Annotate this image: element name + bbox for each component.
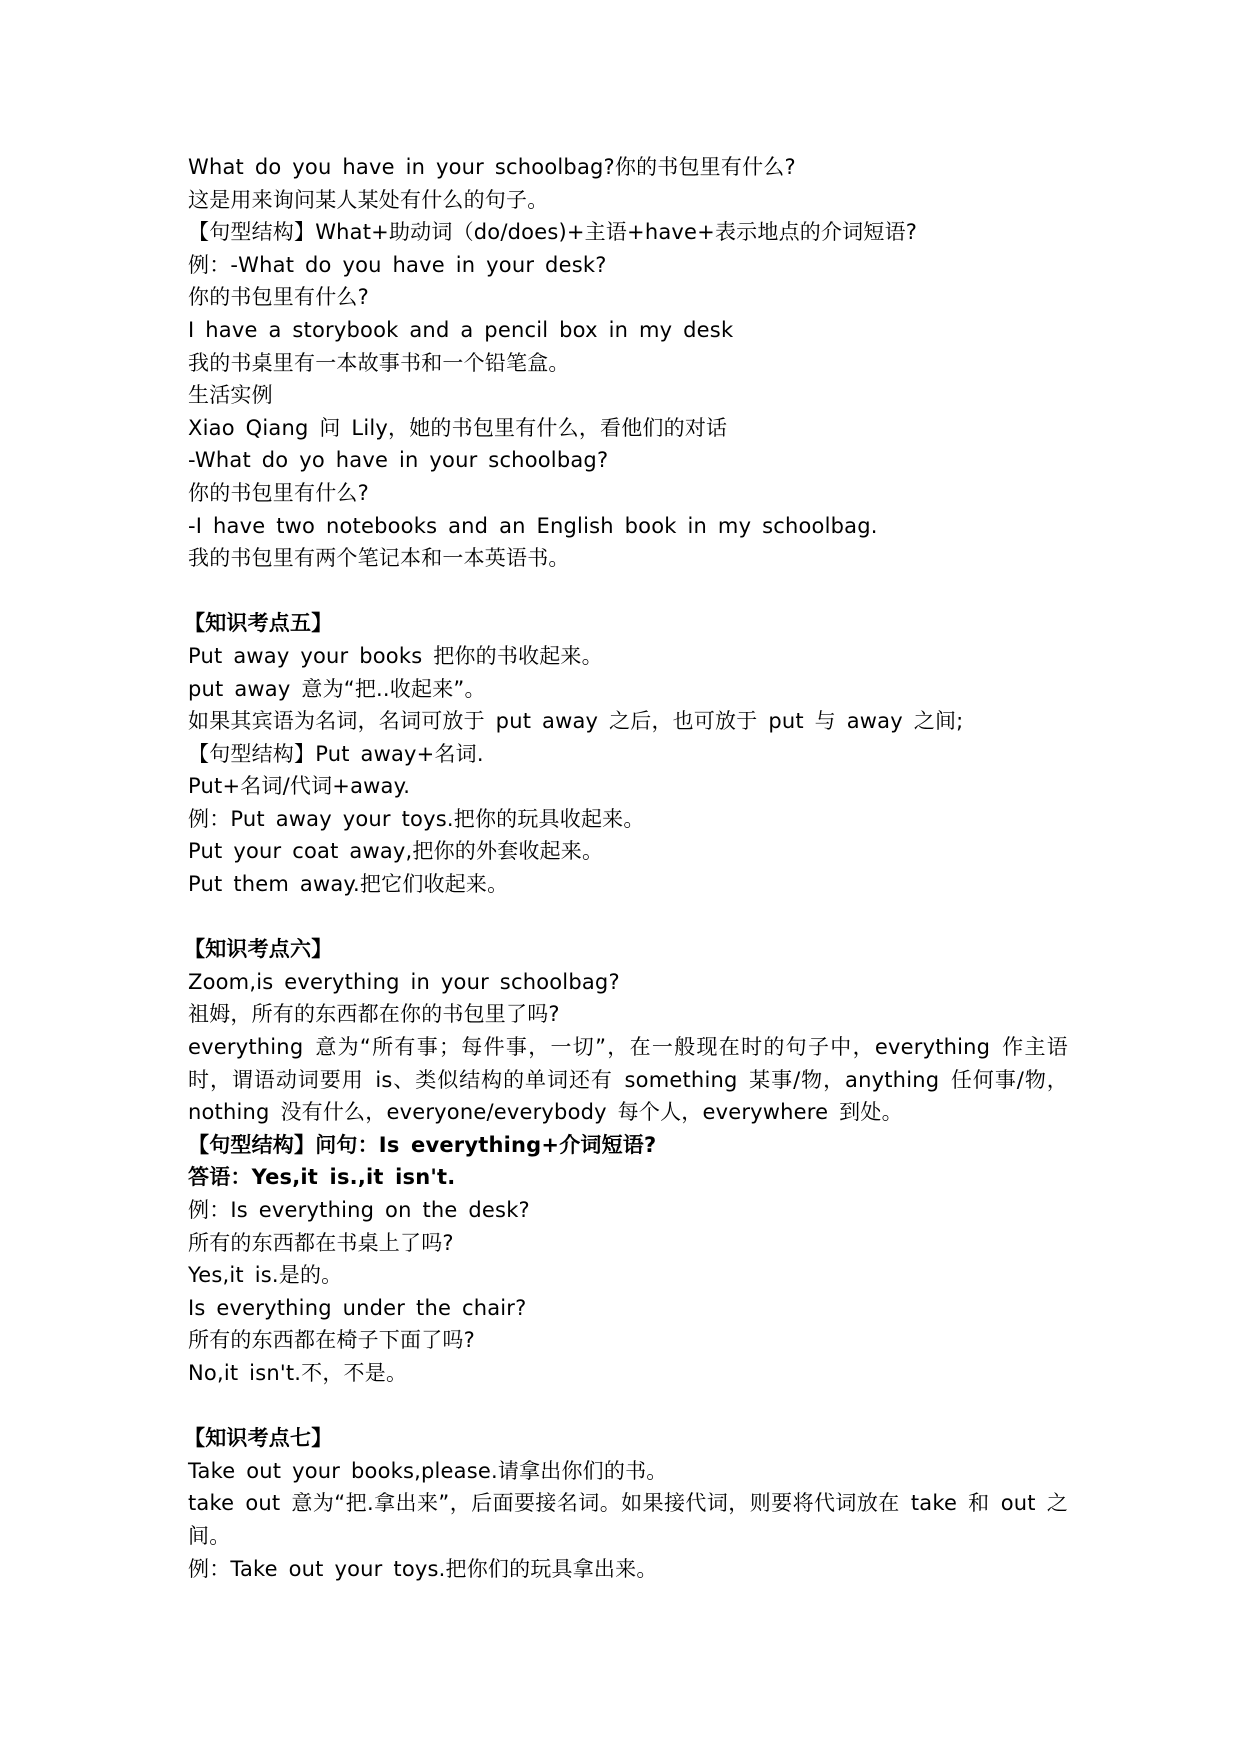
text-line: 你的书包里有什么? [188,477,1068,510]
text-line: Is everything under the chair? [188,1292,1068,1325]
text-line: 例：Is everything on the desk? [188,1194,1068,1227]
text-line: What do you have in your schoolbag?你的书包里… [188,151,1068,184]
text-line: 祖姆，所有的东西都在你的书包里了吗? [188,998,1068,1031]
text-line: 你的书包里有什么? [188,281,1068,314]
text-line: 【句型结构】What+助动词（do/does)+主语+have+表示地点的介词短… [188,216,1068,249]
text-line: -I have two notebooks and an English boo… [188,510,1068,543]
text-line: Yes,it is.是的。 [188,1259,1068,1292]
text-line: Put them away.把它们收起来。 [188,868,1068,901]
text-line: I have a storybook and a pencil box in m… [188,314,1068,347]
text-line: 例：Put away your toys.把你的玩具收起来。 [188,803,1068,836]
section-heading: 【知识考点七】 [184,1422,1068,1455]
blank-line [188,1390,1068,1423]
text-line: Put+名词/代词+away. [188,770,1068,803]
section-six: 【知识考点六】 Zoom,is everything in your schoo… [188,933,1068,1389]
document-page: What do you have in your schoolbag?你的书包里… [188,151,1068,1585]
section-four-continued: What do you have in your schoolbag?你的书包里… [188,151,1068,575]
text-line: 如果其宾语为名词，名词可放于 put away 之后，也可放于 put 与 aw… [188,705,1068,738]
explanation-paragraph: everything 意为“所有事；每件事，一切”，在一般现在时的句子中，eve… [188,1031,1068,1129]
text-line: 生活实例 [188,379,1068,412]
text-line: 我的书包里有两个笔记本和一本英语书。 [188,542,1068,575]
text-line: 例：-What do you have in your desk? [188,249,1068,282]
text-line: Put away your books 把你的书收起来。 [188,640,1068,673]
blank-line [188,575,1068,608]
section-five: 【知识考点五】 Put away your books 把你的书收起来。 put… [188,607,1068,900]
answer-line: 答语：Yes,it is.,it isn't. [188,1161,1068,1194]
text-line: Zoom,is everything in your schoolbag? [188,966,1068,999]
text-line: -What do yo have in your schoolbag? [188,444,1068,477]
text-line: 我的书桌里有一本故事书和一个铅笔盒。 [188,347,1068,380]
structure-line: 【句型结构】问句：Is everything+介词短语? [188,1129,1068,1162]
text-line: 例：Take out your toys.把你们的玩具拿出来。 [188,1553,1068,1586]
text-line: Take out your books,please.请拿出你们的书。 [188,1455,1068,1488]
text-line: 【句型结构】Put away+名词. [188,738,1068,771]
text-line: 这是用来询问某人某处有什么的句子。 [188,184,1068,217]
section-seven: 【知识考点七】 Take out your books,please.请拿出你们… [188,1422,1068,1585]
text-line: Xiao Qiang 问 Lily，她的书包里有什么，看他们的对话 [188,412,1068,445]
explanation-paragraph: take out 意为“把.拿出来”，后面要接名词。如果接代词，则要将代词放在 … [188,1487,1068,1552]
text-line: Put your coat away,把你的外套收起来。 [188,835,1068,868]
text-line: 所有的东西都在书桌上了吗? [188,1227,1068,1260]
text-line: put away 意为“把..收起来”。 [188,673,1068,706]
section-heading: 【知识考点五】 [184,607,1068,640]
blank-line [188,901,1068,934]
text-line: No,it isn't.不，不是。 [188,1357,1068,1390]
section-heading: 【知识考点六】 [184,933,1068,966]
text-line: 所有的东西都在椅子下面了吗? [188,1324,1068,1357]
